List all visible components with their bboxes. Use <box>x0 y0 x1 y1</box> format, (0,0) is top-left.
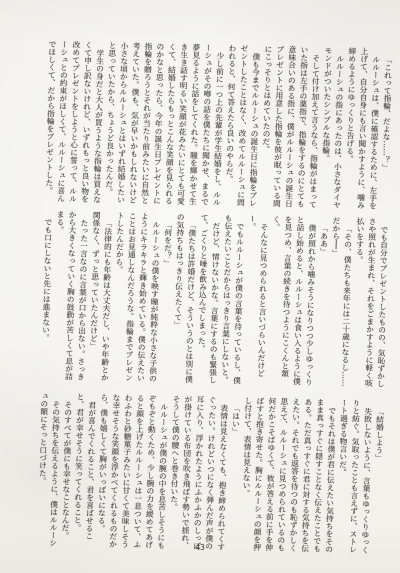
paragraph: 少し前に一つ上の先輩が学生結婚をし、ルルーシュがその噂の話を僕たちに聞かせ、まる… <box>102 41 226 206</box>
text-band-bottom: 「結婚しよう」失敗しないように、言葉もゆっくりゆっくりと紡ぐ。気取ったことも言え… <box>35 392 386 558</box>
paragraph: ルルーシュの指にあったのは、小さなダイヤモンドがついたシンプルな指輪。 <box>318 46 346 209</box>
paragraph: 僕も今までルルーシュの誕生日に指輪をプレゼントしたことはなく、改めてルルーシュに… <box>222 44 262 207</box>
text-band-top: 「これって指輪、だよな……？」ルルーシュは、僕に確認するために、左手を上げて、自… <box>42 40 394 210</box>
paragraph: 学生の身だと大人が買うような指輪は買えなくて申し訳ないけれど、いずれもっと良い物… <box>42 40 106 203</box>
paragraph: ルルーシュが僕の腕の中を息苦しそうにもぞもぞと動くため、少し腕の力を緩めてあげる… <box>95 393 171 553</box>
paragraph: でもルルーシュが僕の言葉を待っているし、僕も伝えたいことだからはっきり言葉にしな… <box>218 214 246 388</box>
paragraph: そして付け加えて言うなら、指輪がはまっていた指は左手の薬指で、指輪をするのにとて… <box>258 45 322 208</box>
paragraph: たった一言なのに言葉が口から出ない。さっきから大きくなっていく胸の鼓動が苦しくて… <box>50 210 90 385</box>
paragraph: ルルーシュは、僕に確認するために、左手を上げて、自分自身にも言い聞かすように、噛… <box>342 47 382 210</box>
paragraph: 表情は見えなくても、抱き締められてくすぐったい。けれどいつになく弾んだ声が僕の耳… <box>166 395 230 554</box>
paragraph: その気持ちを伝えるように、僕はルルーシュの額にそっと口づけた。 <box>35 392 63 551</box>
paragraph: でもそれは僕が君に伝えたい気持ちをそのまま真っすぐに隠すことなく伝えたことでもあ… <box>238 397 338 557</box>
page-number: 43 <box>0 543 400 552</box>
paragraph: 「僕たちは許婚だけど、そういうのとは別に僕の気持ちもはっきり伝えたくて」 <box>170 213 198 387</box>
paragraph: でも自分でプレゼントしたものの、気恥ずかしさや照れが生まれ、それをごまかすように… <box>350 217 390 392</box>
text-band-middle: でも自分でプレゼントしたものの、気恥ずかしさや照れが生まれ、それをごまかすように… <box>38 210 390 392</box>
paragraph: 僕が照れから噛みそうになりつつ少しゆっくりと話し始めると、ルルーシュは食い入るよ… <box>266 215 318 390</box>
paragraph: 失敗しないように、言葉もゆっくりゆっくりと紡ぐ。気取ったことも言えずに、ストレー… <box>334 399 374 558</box>
scanned-page: 「これって指輪、だよな……？」ルルーシュは、僕に確認するために、左手を上げて、自… <box>0 0 400 573</box>
paragraph: ルルーシュの僕を映す瞳が純粋な小さな子供のようにキラキラと輝き始めている。僕の伝… <box>110 212 162 387</box>
paragraph: 「法律的にも年齢は大丈夫だし、いや年齢とか関係なく、ずっと思っていたんだけど」 <box>86 211 114 385</box>
paragraph: だけど、情けないかな。言葉にするのも緊張して、ごくりと唾を飲み込んでしまった。 <box>194 214 222 388</box>
paragraph: 「その、僕たちも来年には二十歳になるし……だから──」 <box>326 217 354 391</box>
page-text-block: 「これって指輪、だよな……？」ルルーシュは、僕に確認するために、左手を上げて、自… <box>31 40 394 558</box>
paragraph: 君が喜んでくれること、君を喜ばせること、君が幸せそうに笑ってくれること。 <box>71 393 99 552</box>
paragraph: そんなに見つめられると言いづらいんだけどー。 <box>242 215 270 389</box>
